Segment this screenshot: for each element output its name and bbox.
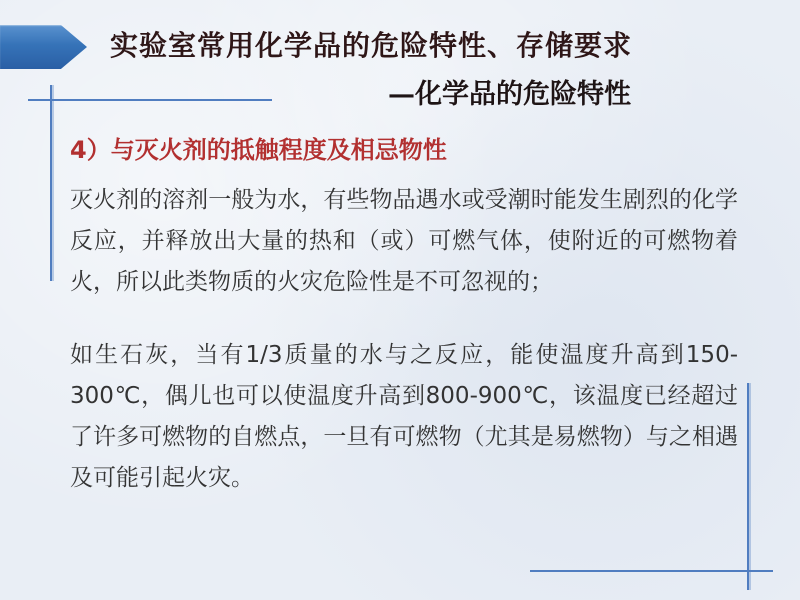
body-paragraph-1: 灭火剂的溶剂一般为水，有些物品遇水或受潮时能发生剧烈的化学反应，并释放出大量的热… xyxy=(70,180,738,303)
top-left-vertical-divider xyxy=(50,85,52,281)
slide-title: 实验室常用化学品的危险特性、存储要求 xyxy=(110,24,670,64)
slide-subtitle: —化学品的危险特性 xyxy=(388,72,688,111)
body-paragraph-2: 如生石灰，当有1/3质量的水与之反应，能使温度升高到150-300℃，偶儿也可以… xyxy=(70,335,738,499)
bottom-right-horizontal-divider xyxy=(530,570,773,572)
presentation-slide: 实验室常用化学品的危险特性、存储要求 —化学品的危险特性 4）与灭火剂的抵触程度… xyxy=(0,0,800,600)
top-left-horizontal-divider xyxy=(28,99,272,101)
bottom-right-vertical-divider xyxy=(747,383,749,590)
section-heading: 4）与灭火剂的抵触程度及相忌物性 xyxy=(70,130,750,165)
right-arrow-banner-icon xyxy=(0,25,87,69)
